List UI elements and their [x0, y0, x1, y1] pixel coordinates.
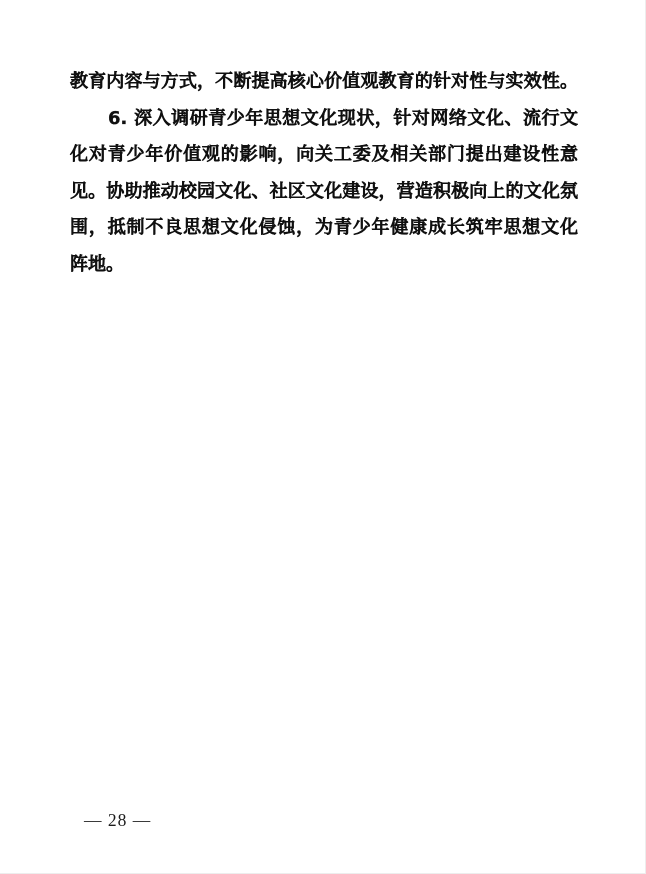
text-line-item-6: 6. 深入调研青少年思想文化现状，针对网络文化、流行文 — [70, 101, 578, 138]
text-line: 阵地。 — [70, 247, 578, 284]
body-text: 教育内容与方式，不断提高核心价值观教育的针对性与实效性。 6. 深入调研青少年思… — [70, 64, 578, 283]
page-number: — 28 — — [84, 810, 151, 831]
text-line: 见。协助推动校园文化、社区文化建设，营造积极向上的文化氛 — [70, 174, 578, 211]
text-line: 化对青少年价值观的影响，向关工委及相关部门提出建设性意 — [70, 137, 578, 174]
text-line: 围，抵制不良思想文化侵蚀，为青少年健康成长筑牢思想文化 — [70, 210, 578, 247]
document-page: 教育内容与方式，不断提高核心价值观教育的针对性与实效性。 6. 深入调研青少年思… — [0, 0, 646, 874]
text-line: 教育内容与方式，不断提高核心价值观教育的针对性与实效性。 — [70, 64, 578, 101]
